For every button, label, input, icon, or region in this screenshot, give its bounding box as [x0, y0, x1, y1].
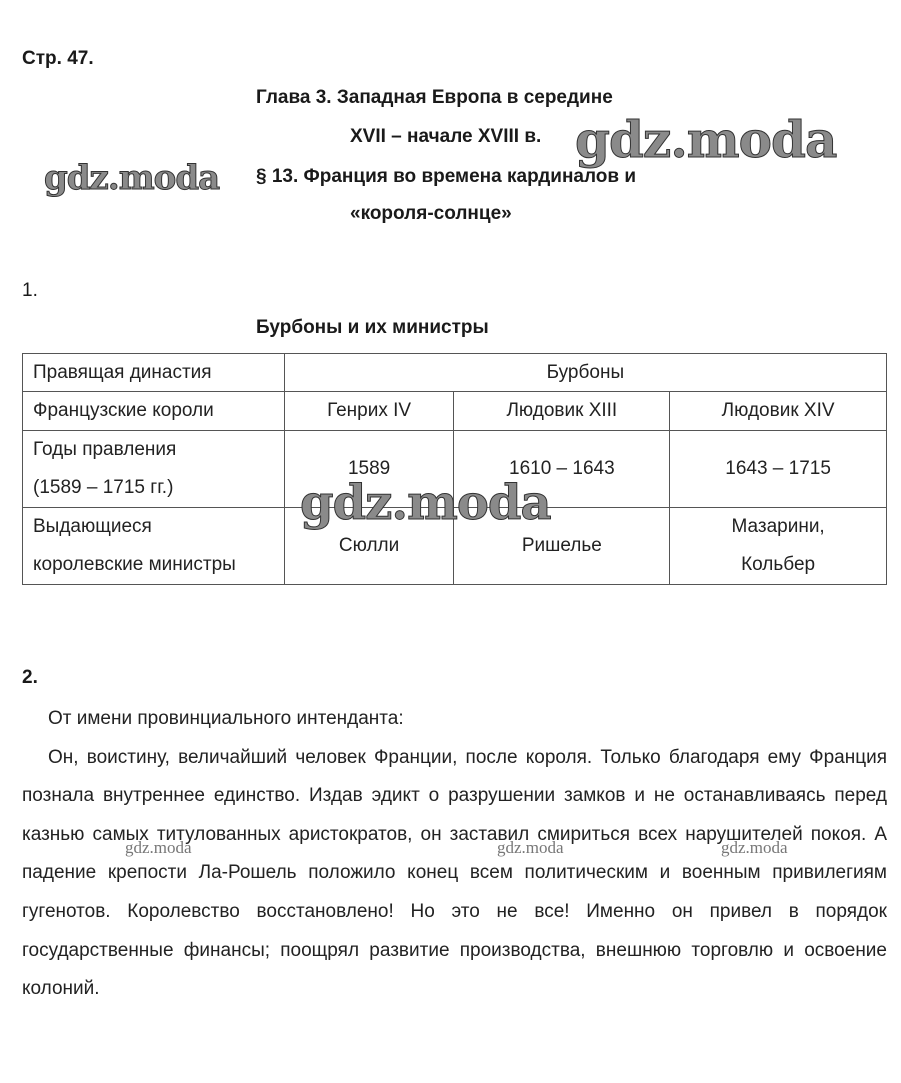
task-2-number: 2. [22, 667, 38, 689]
king-cell: Генрих IV [284, 392, 454, 431]
page-number: Стр. 47. [22, 48, 94, 70]
watermark-logo: gdz.moda [497, 838, 564, 858]
row-label-line: (1589 – 1715 гг.) [33, 469, 274, 507]
minister-cell: Мазарини, Кольбер [670, 508, 887, 585]
king-cell: Людовик XIII [454, 392, 670, 431]
bourbons-table: Правящая династия Бурбоны Французские ко… [22, 353, 887, 585]
minister-line: Мазарини, [680, 508, 876, 546]
row-label: Выдающиеся королевские министры [23, 508, 285, 585]
table-row: Французские короли Генрих IV Людовик XII… [23, 392, 887, 431]
row-label: Годы правления (1589 – 1715 гг.) [23, 431, 285, 508]
task-2-body: Он, воистину, величайший человек Франции… [22, 739, 887, 1009]
table-row: Правящая династия Бурбоны [23, 354, 887, 392]
row-label: Правящая династия [23, 354, 285, 392]
watermark-logo: gdz.moda [300, 475, 551, 531]
chapter-title: Глава 3. Западная Европа в середине [256, 87, 613, 109]
row-label-line: Выдающиеся [33, 508, 274, 546]
watermark-logo: gdz.moda [44, 158, 219, 198]
row-label-line: королевские министры [33, 546, 274, 584]
section-title: § 13. Франция во времена кардиналов и [256, 166, 636, 188]
king-cell: Людовик XIV [670, 392, 887, 431]
section-title-cont: «короля-солнце» [350, 203, 512, 225]
chapter-title-cont: XVII – начале XVIII в. [350, 126, 541, 148]
row-label: Французские короли [23, 392, 285, 431]
years-cell: 1643 – 1715 [670, 431, 887, 508]
watermark-logo: gdz.moda [575, 110, 836, 169]
table-title: Бурбоны и их министры [256, 317, 489, 339]
watermark-logo: gdz.moda [125, 838, 192, 858]
watermark-logo: gdz.moda [721, 838, 788, 858]
row-label-line: Годы правления [33, 431, 274, 469]
dynasty-cell: Бурбоны [284, 354, 886, 392]
minister-line: Кольбер [680, 546, 876, 584]
task-2-intro: От имени провинциального интенданта: [22, 700, 887, 739]
task-1-number: 1. [22, 280, 38, 302]
